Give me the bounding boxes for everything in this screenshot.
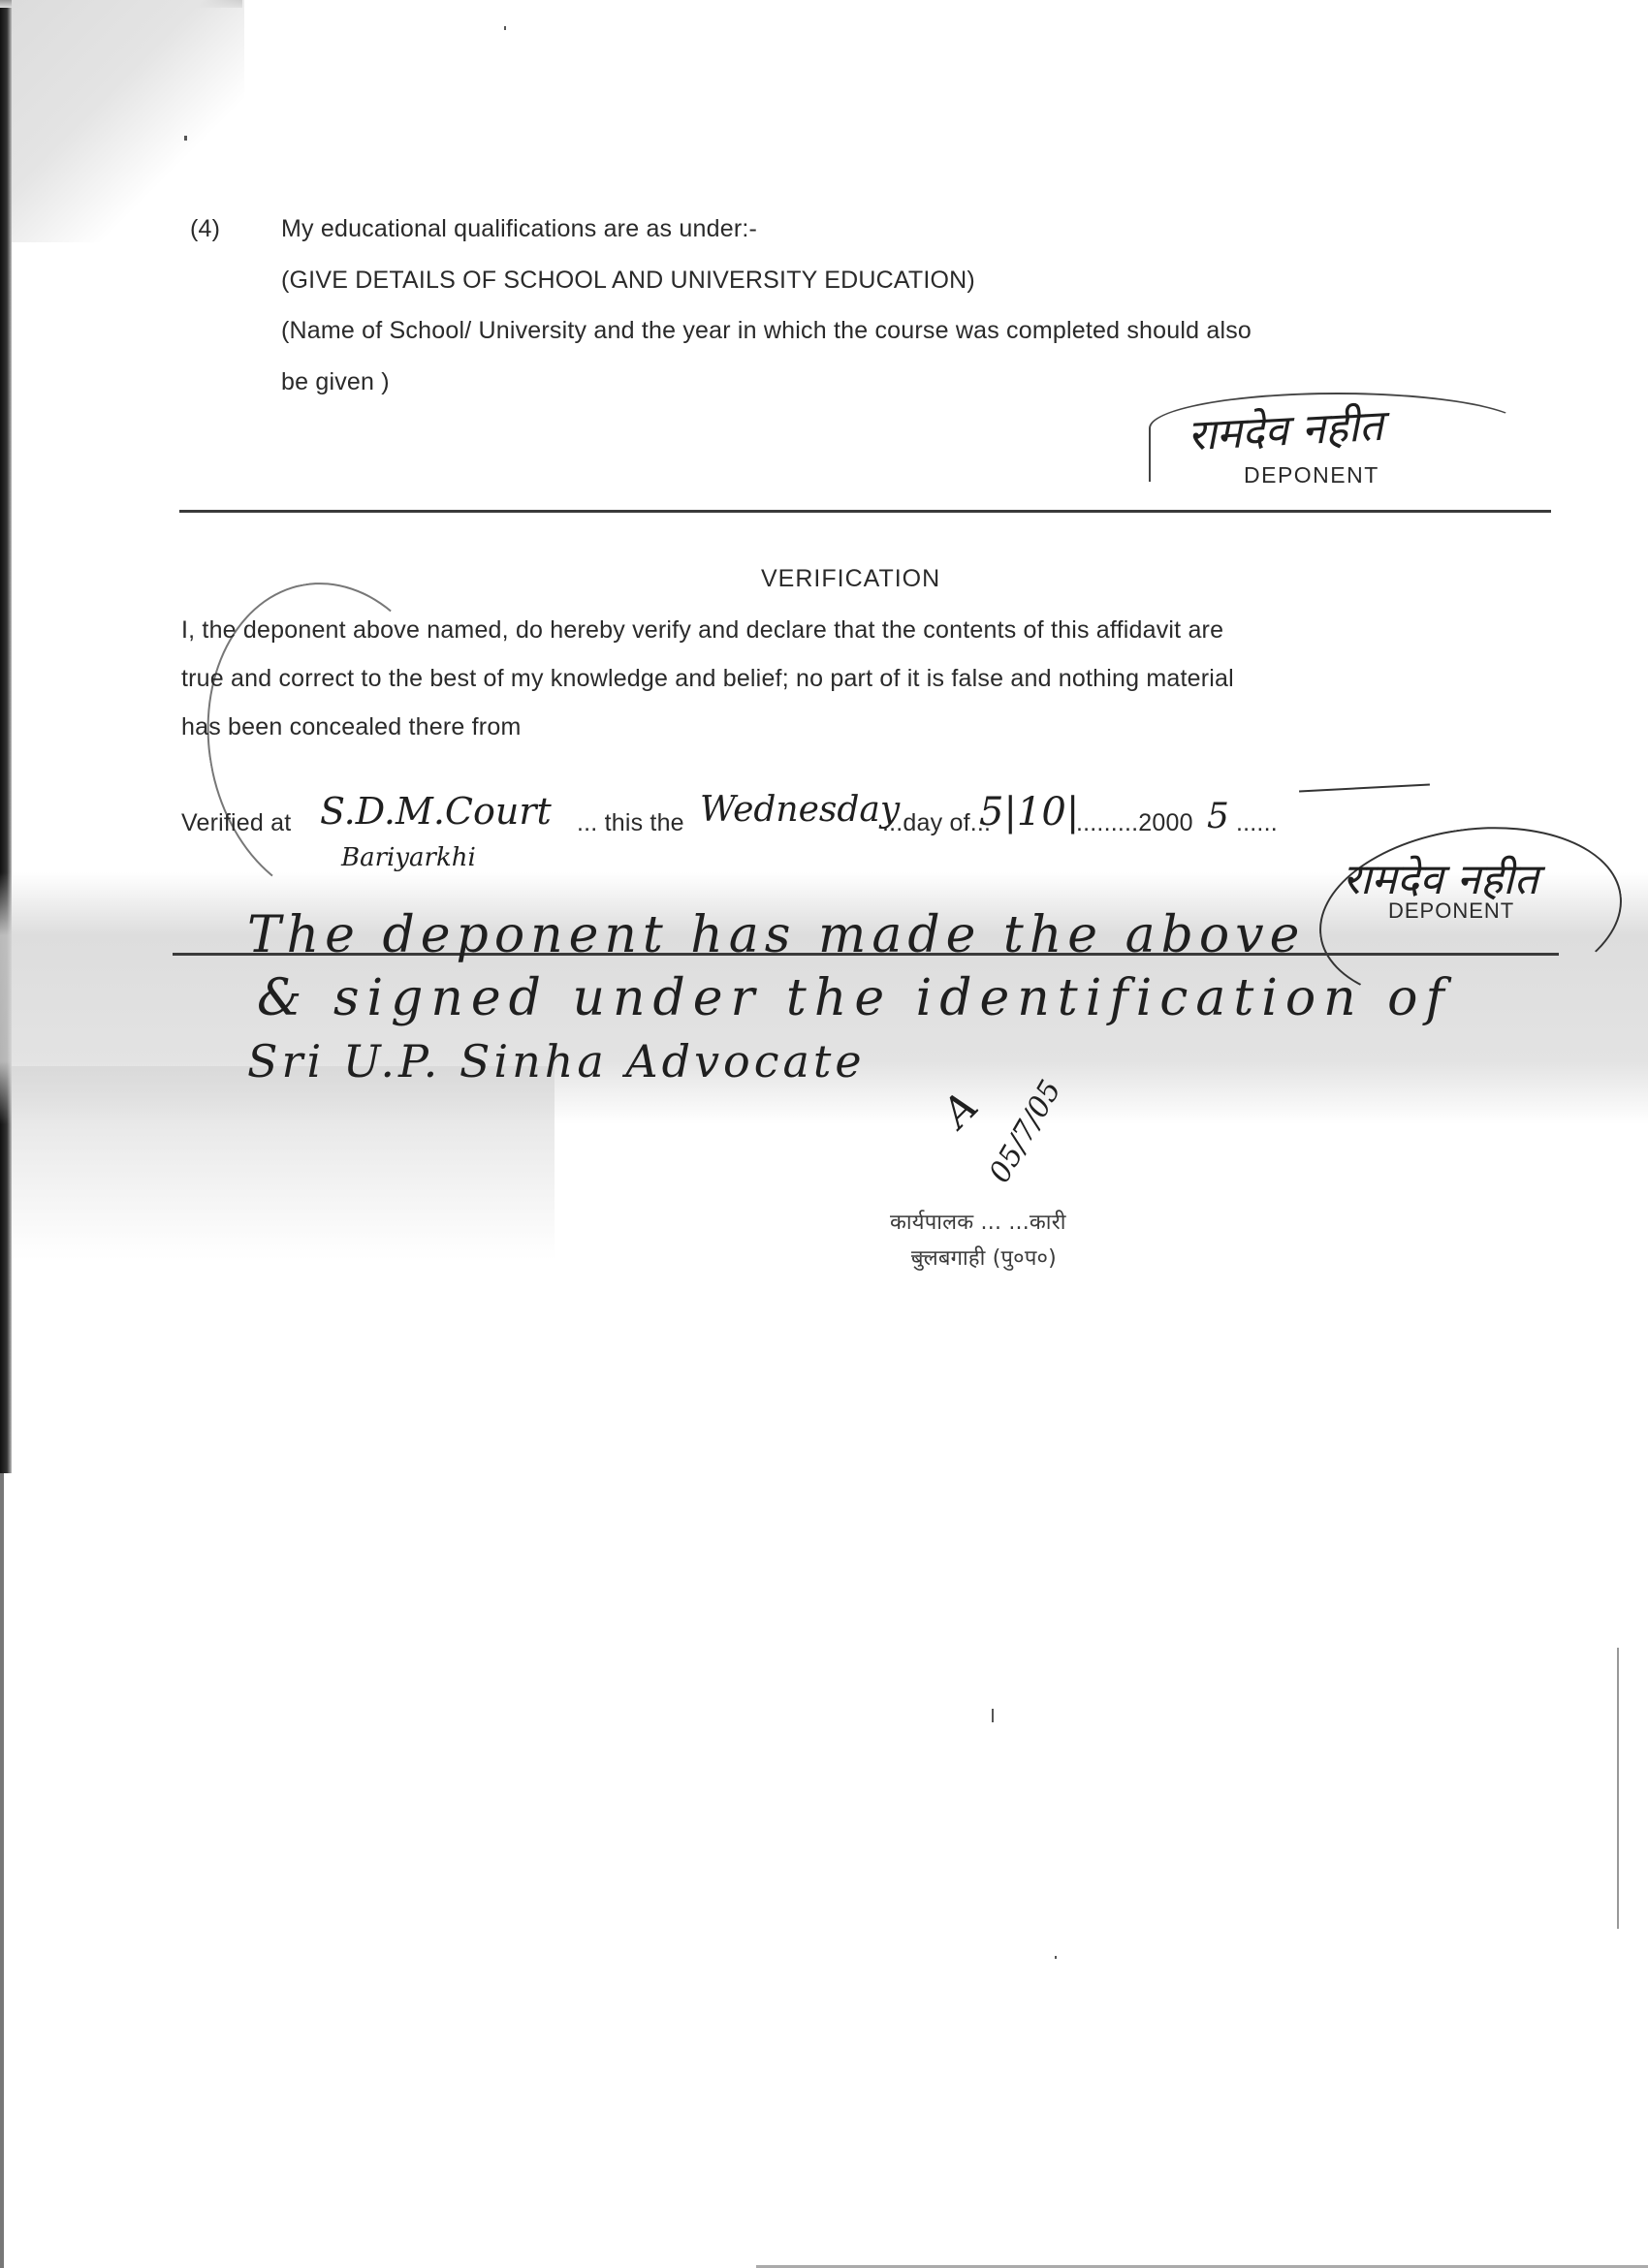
- qualifications-note-line2: be given ): [281, 368, 390, 396]
- verification-title: VERIFICATION: [761, 565, 940, 593]
- day-of-label: ...day of...: [882, 809, 991, 837]
- deponent-signature: रामदेव नहीत: [1187, 394, 1385, 462]
- verification-line1: I, the deponent above named, do hereby v…: [181, 616, 1223, 645]
- verified-at-value: S.D.M.Court: [320, 790, 552, 833]
- verified-date-value: 5|10|: [979, 790, 1079, 835]
- verified-day-value: Wednesday: [700, 790, 900, 830]
- signature-stroke: [1299, 783, 1430, 792]
- qualifications-instruction: (GIVE DETAILS OF SCHOOL AND UNIVERSITY E…: [281, 267, 975, 295]
- handwritten-note-line1: The deponent has made the above: [247, 906, 1305, 964]
- scan-speck: [992, 1709, 994, 1722]
- section-number: (4): [190, 215, 220, 243]
- year-suffix-value: 5: [1207, 797, 1229, 836]
- scan-speck: [184, 136, 187, 141]
- scan-speck: [1055, 1956, 1057, 1959]
- section-divider: [179, 510, 1551, 513]
- scan-speck: [504, 26, 506, 30]
- deponent-label-2: DEPONENT: [1388, 898, 1514, 924]
- scan-edge-shadow: [0, 0, 12, 1473]
- year-trailing-dots: ......: [1236, 809, 1278, 837]
- year-field: .........2000: [1076, 809, 1193, 837]
- officer-stamp-line2: बुलबगाही (पु०प०): [911, 1243, 1057, 1272]
- verification-line2: true and correct to the best of my knowl…: [181, 665, 1234, 693]
- qualifications-heading: My educational qualifications are as und…: [281, 215, 757, 243]
- stamp-underline: [911, 1255, 931, 1257]
- scan-right-edge: [1617, 1648, 1619, 1929]
- handwritten-note-line3: Sri U.P. Sinha Advocate: [247, 1035, 866, 1087]
- handwritten-note-line2: & signed under the identification of: [257, 969, 1452, 1027]
- scan-noise-band-left: [12, 1066, 555, 1260]
- deponent-label: DEPONENT: [1244, 462, 1379, 488]
- deponent-signature-2: रामदेव नहीत: [1343, 848, 1538, 906]
- qualifications-note-line1: (Name of School/ University and the year…: [281, 317, 1252, 345]
- officer-stamp-line1: कार्यपालक ... ...कारी: [890, 1207, 1066, 1236]
- verification-line3: has been concealed there from: [181, 713, 521, 741]
- scan-corner-shadow: [12, 0, 244, 242]
- verified-at-label: Verified at: [181, 809, 291, 837]
- this-the-label: ... this the: [577, 809, 684, 837]
- scan-edge-shadow-lower: [0, 1473, 4, 2268]
- verified-at-value-2: Bariyarkhi: [341, 843, 476, 872]
